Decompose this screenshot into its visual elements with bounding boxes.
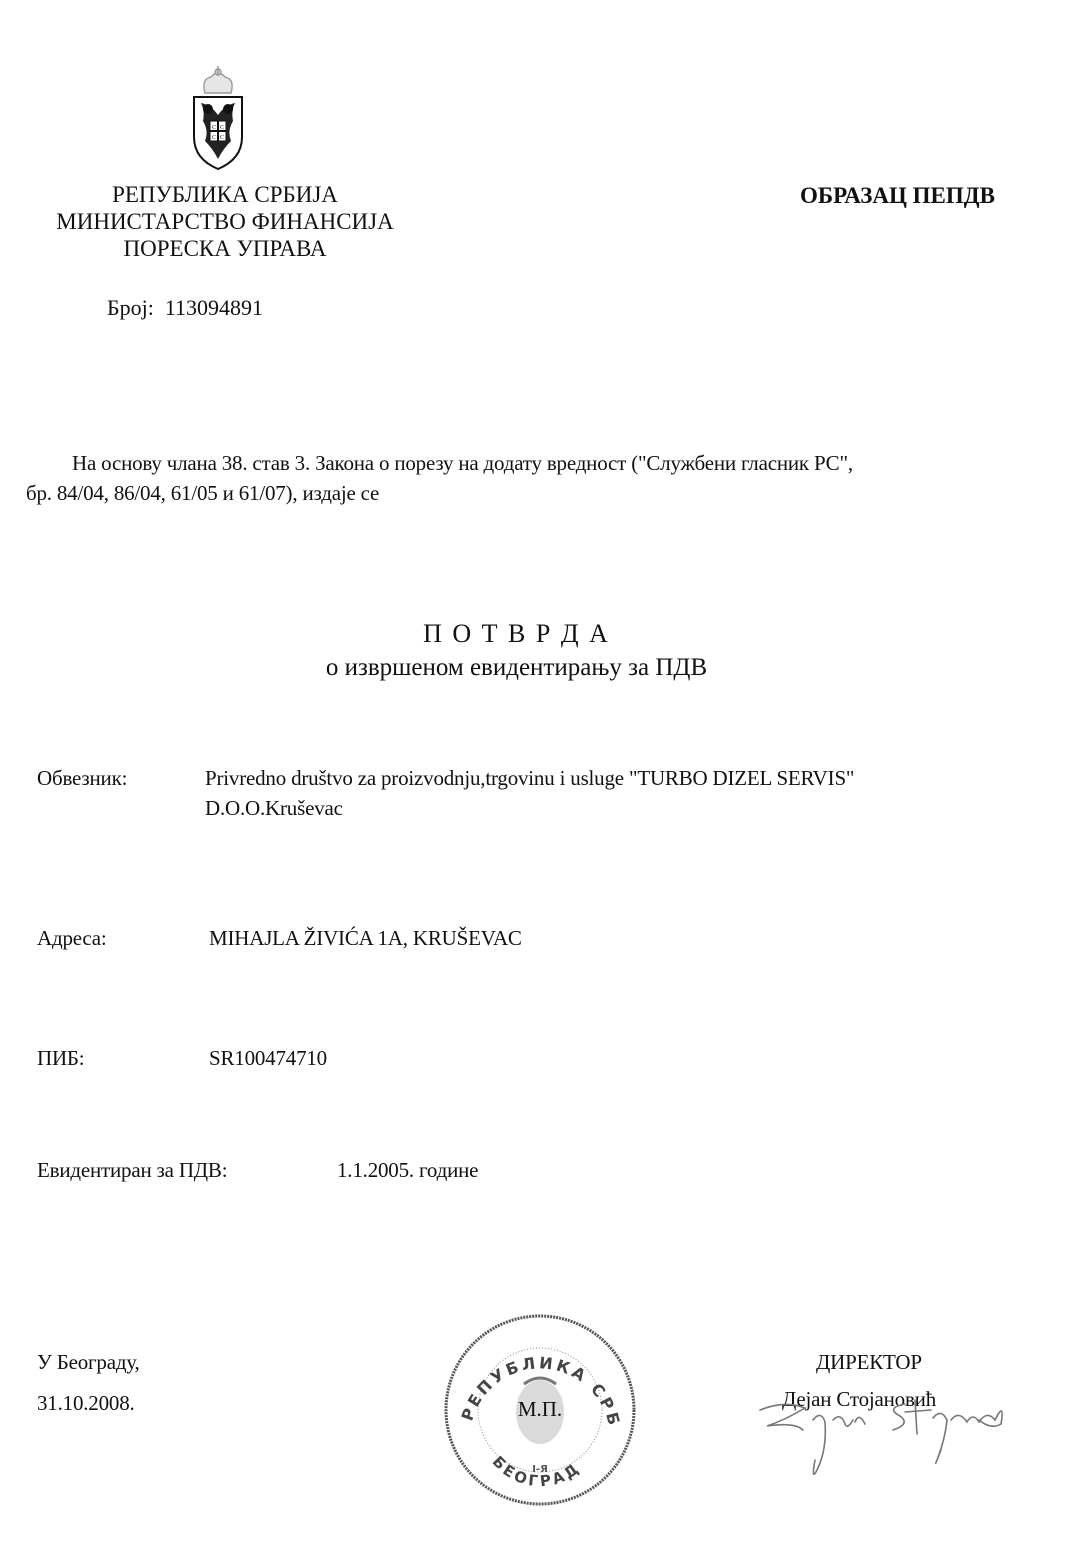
header-line-ministry: МИНИСТАРСТВО ФИНАНСИЈА (30, 208, 420, 235)
obveznik-value-line-1: Privredno društvo za proizvodnju,trgovin… (205, 766, 854, 791)
document-number-label: Број: (107, 295, 154, 320)
header-line-republic: РЕПУБЛИКА СРБИЈА (30, 181, 420, 208)
coat-of-arms-icon: C C C C (191, 65, 245, 171)
adresa-value: MIHAJLA ŽIVIĆA 1A, KRUŠEVAC (209, 926, 522, 951)
svg-text:C: C (212, 125, 216, 131)
institution-header: РЕПУБЛИКА СРБИЈА МИНИСТАРСТВО ФИНАНСИЈА … (30, 181, 420, 262)
signer-title: ДИРЕКТОР (816, 1350, 922, 1375)
official-stamp-icon: РЕПУБЛИКА СРБИЈА БЕОГРАД I-Я М.П. (442, 1312, 638, 1508)
document-number: Број: 113094891 (107, 295, 263, 321)
evidentiran-label: Евидентиран за ПДВ: (37, 1158, 227, 1183)
svg-text:C: C (220, 135, 224, 141)
stamp-inner: I-Я (532, 1464, 548, 1475)
evidentiran-value: 1.1.2005. године (337, 1158, 478, 1183)
adresa-label: Адреса: (37, 926, 107, 951)
form-code: ОБРАЗАЦ ПЕПДВ (800, 183, 995, 209)
obveznik-value-line-2: D.O.O.Kruševac (205, 796, 343, 821)
issue-date: 31.10.2008. (37, 1391, 135, 1416)
svg-text:C: C (220, 125, 224, 131)
document-number-value: 113094891 (165, 295, 263, 320)
pib-label: ПИБ: (37, 1046, 84, 1071)
signature-icon (755, 1390, 1015, 1490)
stamp-mp-label: М.П. (518, 1397, 562, 1421)
preamble-line-1: На основу члана 38. став 3. Закона о пор… (72, 451, 853, 476)
document-title: П О Т В Р Д А (0, 619, 1033, 649)
header-line-tax-admin: ПОРЕСКА УПРАВА (30, 235, 420, 262)
svg-text:C: C (212, 135, 216, 141)
document-subtitle: о извршеном евидентирању за ПДВ (0, 654, 1033, 682)
issue-place: У Београду, (37, 1350, 140, 1375)
pib-value: SR100474710 (209, 1046, 327, 1071)
obveznik-label: Обвезник: (37, 766, 127, 791)
preamble-line-2: бр. 84/04, 86/04, 61/05 и 61/07), издаје… (26, 481, 379, 506)
